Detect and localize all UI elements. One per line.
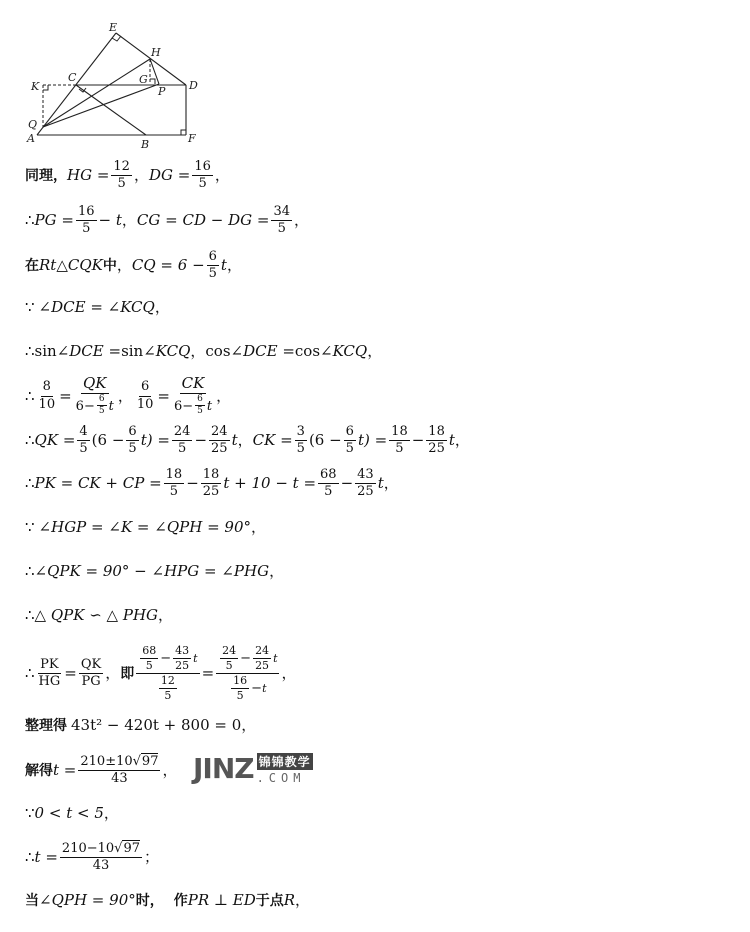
hg-lhs: HG = <box>67 168 109 183</box>
label-d: D <box>188 79 198 92</box>
fraction-final-t: 210−10√9743 <box>60 842 142 874</box>
segment-ae <box>37 33 116 135</box>
solution-line-13: 整理得 43t² − 420t + 800 = 0 ， <box>25 718 256 733</box>
solution-line-15: ∵ 0 < t < 5 ， <box>25 806 119 821</box>
solution-line-14: 解得 t = 210±10√9743 ， <box>25 755 177 787</box>
text-similarly: 同理， <box>25 169 67 183</box>
right-angle-f <box>181 130 186 135</box>
label-b: B <box>140 138 149 150</box>
solution-line-12: ∴ PKHG = QKPG ， 即 685−4325t 125 = 245−24… <box>25 645 297 702</box>
label-f: F <box>187 132 196 145</box>
fraction-hg: 125 <box>111 160 132 192</box>
solution-line-8: ∴ PK = CK + CP = 185 − 1825 t + 10 − t =… <box>25 468 399 500</box>
because-symbol: ∵ <box>25 300 35 315</box>
solution-line-7: ∴ QK = 45 (6 − 65 t) = 245 − 2425 t ， CK… <box>25 425 470 457</box>
dg-lhs: DG = <box>149 168 190 183</box>
solution-line-6: ∴ 810 = QK6−65t ， 610 = CK6−65t ， <box>25 375 231 417</box>
right-angle-g <box>150 79 155 84</box>
watermark-logo: JINZ 锦锦教学 .COM <box>193 752 313 785</box>
label-p: P <box>157 85 166 98</box>
label-e: E <box>108 21 117 34</box>
label-q: Q <box>28 118 37 131</box>
fraction-cg: 345 <box>271 205 292 237</box>
segment-ed <box>116 33 186 85</box>
label-a: A <box>26 132 35 145</box>
fraction-solutions: 210±10√9743 <box>78 755 160 787</box>
solution-line-10: ∴ ∠QPK = 90° − ∠HPG = ∠PHG ， <box>25 564 284 579</box>
solution-line-2: ∴ PG = 165 − t ， CG = CD − DG = 345 ， <box>25 205 309 237</box>
compound-fraction-left: 685−4325t 125 <box>136 645 199 702</box>
therefore-symbol: ∴ <box>25 213 35 228</box>
label-k: K <box>30 80 40 93</box>
solution-line-11: ∴ △ QPK ∽ △ PHG ， <box>25 608 173 623</box>
label-g: G <box>139 73 148 86</box>
triangle-symbol: △ <box>56 258 68 273</box>
geometry-diagram: A B C D E F G H K P Q <box>20 15 220 150</box>
label-h: H <box>150 46 161 59</box>
solution-line-4: ∵ ∠DCE = ∠KCQ ， <box>25 300 170 315</box>
solution-line-17: 当 ∠QPH = 90° 时， 作 PR ⊥ ED 于点 R ， <box>25 893 310 908</box>
solution-line-9: ∵ ∠HGP = ∠K = ∠QPH = 90° ， <box>25 520 266 535</box>
fraction-pg: 165 <box>76 205 97 237</box>
label-c: C <box>68 71 77 84</box>
solution-line-5: ∴ sin ∠DCE = sin ∠KCQ ， cos ∠DCE = cos ∠… <box>25 344 382 359</box>
fraction-dg: 165 <box>192 160 213 192</box>
compound-fraction-right: 245−2425t 165−t <box>216 645 279 702</box>
fraction-6-5: 65 <box>207 250 219 282</box>
solution-line-3: 在 Rt △ CQK 中 ， CQ = 6 − 65 t ， <box>25 250 242 282</box>
solution-line-16: ∴ t = 210−10√9743 ； <box>25 842 159 874</box>
solution-line-1: 同理， HG = 125 ， DG = 165 ， <box>25 160 230 192</box>
right-angle-k <box>43 85 48 90</box>
